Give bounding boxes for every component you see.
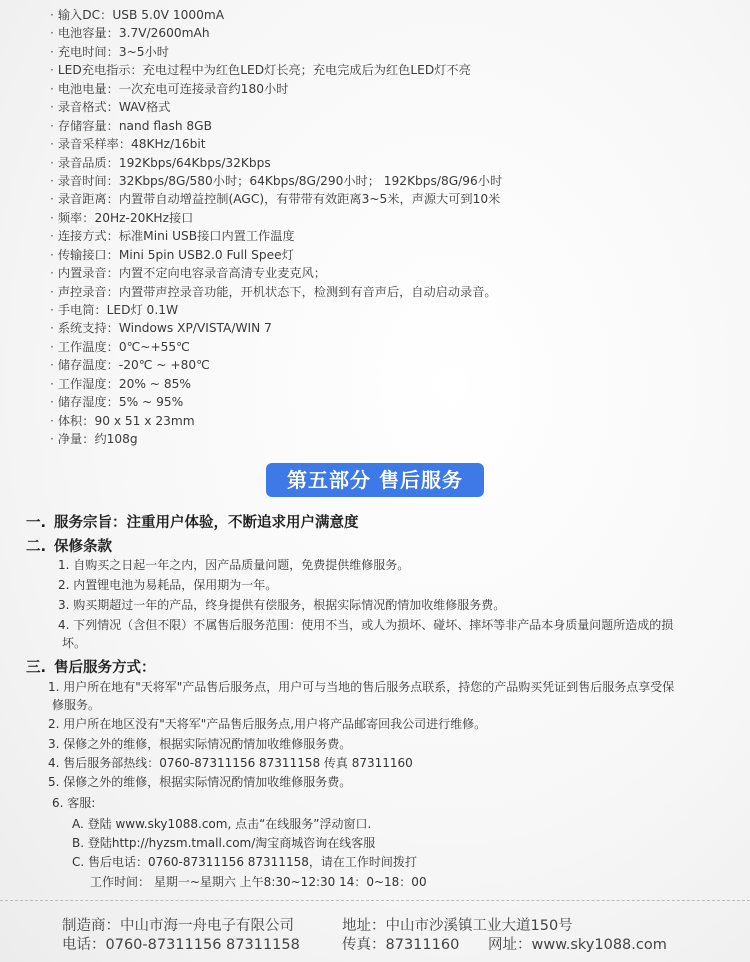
spec-value: Windows XP/VISTA/WIN 7 [119,321,272,335]
bullet-icon: · [50,156,54,170]
spec-item: ·内置录音：内置不定向电容录音高清专业麦克风； [50,264,502,282]
spec-item: ·LED充电指示：充电过程中为红色LED灯长亮；充电完成后为红色LED灯不亮 [50,61,502,79]
bullet-icon: · [50,45,54,59]
footer-line-1: 制造商：中山市海一舟电子有限公司地址：中山市沙溪镇工业大道150号 [62,914,573,935]
spec-label: 工作温度 [58,340,107,354]
spec-value: 一次充电可连接录音约180小时 [119,82,289,96]
spec-item: ·储存湿度：5% ~ 95% [50,393,502,411]
spec-label: 录音距离 [58,192,107,206]
footer-phone: 电话：0760-87311156 87311158 [62,933,342,954]
heading-number: 二. [26,539,46,555]
warranty-item: 1. 自购买之日起一年之内，因产品质量问题，免费提供维修服务。 [58,557,409,574]
spec-item: ·充电时间：3~5小时 [50,43,502,61]
bullet-icon: · [50,119,54,133]
spec-value: 90 x 51 x 23mm [94,414,194,428]
customer-service-phone: C. 售后电话：0760-87311156 87311158，请在工作时间拨打 [72,853,417,870]
heading-text: 服务宗旨：注重用户体验，不断追求用户满意度 [54,515,359,531]
spec-item: ·存储容量：nand flash 8GB [50,117,502,135]
spec-colon: ： [131,63,143,77]
spec-label: 录音时间 [58,174,107,188]
spec-colon: ： [82,432,94,446]
spec-item: ·电池容量：3.7V/2600mAh [50,24,502,42]
footer-line-2: 电话：0760-87311156 87311158传真：87311160网址：w… [62,933,667,954]
spec-colon: ： [107,26,119,40]
heading-service-tenet: 一.服务宗旨：注重用户体验，不断追求用户满意度 [26,511,359,532]
spec-value: 192Kbps/64Kbps/32Kbps [119,156,271,170]
warranty-item: 4. 下列情况（含但不限）不属售后服务范围：使用不当，或人为损坏、碰坏、摔坏等非… [58,617,673,634]
bullet-icon: · [50,303,54,317]
bullet-icon: · [50,63,54,77]
bullet-icon: · [50,340,54,354]
spec-list: ·输入DC：USB 5.0V 1000mA·电池容量：3.7V/2600mAh·… [50,6,502,449]
spec-colon: ： [107,266,119,280]
spec-colon: ： [107,119,119,133]
spec-value: nand flash 8GB [119,119,212,133]
spec-value: Mini 5pin USB2.0 Full Spee灯 [119,248,294,262]
spec-value: 内置带声控录音功能，开机状态下，检测到有音声后，自动启动录音。 [119,285,497,299]
spec-item: ·录音时间：32Kbps/8G/580小时；64Kbps/8G/290小时； 1… [50,172,502,190]
footer-fax: 传真：87311160 [342,933,488,954]
heading-warranty-terms: 二.保修条款 [26,535,112,556]
spec-label: 录音采样率 [58,137,119,151]
spec-colon: ： [94,303,106,317]
spec-value: 3.7V/2600mAh [119,26,210,40]
warranty-item: 2. 内置锂电池为易耗品，保用期为一年。 [58,577,277,594]
spec-value: 标准Mini USB接口内置工作温度 [119,229,295,243]
bullet-icon: · [50,26,54,40]
spec-item: ·电池电量：一次充电可连接录音约180小时 [50,80,502,98]
spec-colon: ： [107,285,119,299]
spec-item: ·录音品质：192Kbps/64Kbps/32Kbps [50,154,502,172]
spec-label: 存储容量 [58,119,107,133]
spec-item: ·连接方式：标准Mini USB接口内置工作温度 [50,227,502,245]
warranty-item-continued: 坏。 [62,635,86,652]
spec-value: 20Hz-20KHz接口 [94,211,193,225]
heading-number: 三. [26,660,46,676]
bullet-icon: · [50,137,54,151]
bullet-icon: · [50,377,54,391]
heading-service-methods: 三.售后服务方式： [26,656,156,677]
bullet-icon: · [50,211,54,225]
spec-colon: ： [107,248,119,262]
spec-label: 体积 [58,414,82,428]
spec-label: LED充电指示 [58,63,131,77]
bullet-icon: · [50,8,54,22]
spec-colon: ： [107,358,119,372]
spec-label: 录音格式 [58,100,107,114]
customer-service-tmall: B. 登陆http://hyzsm.tmall.com/淘宝商城咨询在线客服 [72,834,375,851]
spec-value: 48KHz/16bit [131,137,206,151]
spec-item: ·手电筒：LED灯 0.1W [50,301,502,319]
spec-item: ·工作湿度：20% ~ 85% [50,375,502,393]
spec-colon: ： [107,229,119,243]
spec-value: 充电过程中为红色LED灯长亮；充电完成后为红色LED灯不亮 [143,63,471,77]
spec-item: ·传输接口：Mini 5pin USB2.0 Full Spee灯 [50,246,502,264]
bullet-icon: · [50,192,54,206]
method-item: 2. 用户所在地区没有"天将军"产品售后服务点,用户将产品邮寄回我公司进行维修。 [48,716,486,733]
spec-label: 连接方式 [58,229,107,243]
spec-label: 声控录音 [58,285,107,299]
spec-colon: ： [107,45,119,59]
work-hours: 工作时间： 星期一~星期六 上午8:30~12:30 14：0~18：00 [90,873,427,890]
bullet-icon: · [50,285,54,299]
spec-label: 充电时间 [58,45,107,59]
method-item-customer-service: 6. 客服: [52,795,95,812]
method-item: 5. 保修之外的维修，根据实际情况酌情加收维修服务费。 [48,774,351,791]
method-item: 1. 用户所在地有"天将军"产品售后服务点，用户可与当地的售后服务点联系，持您的… [48,679,674,696]
heading-text: 保修条款 [54,539,112,555]
spec-label: 手电筒 [58,303,95,317]
spec-colon: ： [82,211,94,225]
spec-label: 系统支持 [58,321,107,335]
bullet-icon: · [50,174,54,188]
spec-value: 32Kbps/8G/580小时；64Kbps/8G/290小时； 192Kbps… [119,174,502,188]
spec-label: 电池电量 [58,82,107,96]
customer-service-website: A. 登陆 www.sky1088.com, 点击“在线服务”浮动窗口. [72,815,371,832]
spec-item: ·频率：20Hz-20KHz接口 [50,209,502,227]
bullet-icon: · [50,229,54,243]
spec-item: ·录音采样率：48KHz/16bit [50,135,502,153]
spec-label: 传输接口 [58,248,107,262]
spec-colon: ： [107,82,119,96]
spec-label: 储存温度 [58,358,107,372]
footer-address: 地址：中山市沙溪镇工业大道150号 [342,914,573,935]
spec-colon: ： [119,137,131,151]
bullet-icon: · [50,395,54,409]
spec-item: ·声控录音：内置带声控录音功能，开机状态下，检测到有音声后，自动启动录音。 [50,283,502,301]
spec-colon: ： [107,321,119,335]
spec-item: ·体积：90 x 51 x 23mm [50,412,502,430]
spec-item: ·系统支持：Windows XP/VISTA/WIN 7 [50,319,502,337]
spec-colon: ： [107,192,119,206]
spec-item: ·储存温度：-20℃ ~ +80℃ [50,356,502,374]
spec-label: 录音品质 [58,156,107,170]
spec-value: 5% ~ 95% [119,395,183,409]
spec-colon: ： [107,156,119,170]
spec-item: ·工作温度：0℃~+55℃ [50,338,502,356]
spec-colon: ： [82,414,94,428]
spec-colon: ： [100,8,112,22]
warranty-item: 3. 购买期超过一年的产品，终身提供有偿服务，根据实际情况酌情加收维修服务费。 [58,597,505,614]
spec-label: 内置录音 [58,266,107,280]
spec-value: WAV格式 [119,100,171,114]
bullet-icon: · [50,100,54,114]
spec-label: 储存湿度 [58,395,107,409]
spec-item: ·净量：约108g [50,430,502,448]
spec-label: 工作湿度 [58,377,107,391]
spec-colon: ： [107,377,119,391]
method-item-hotline: 4. 售后服务部热线：0760-87311156 87311158 传真 873… [48,755,413,772]
spec-colon: ： [107,395,119,409]
footer-website: 网址：www.sky1088.com [488,933,667,954]
spec-value: LED灯 0.1W [107,303,178,317]
spec-label: 电池容量 [58,26,107,40]
bullet-icon: · [50,414,54,428]
footer-manufacturer: 制造商：中山市海一舟电子有限公司 [62,914,342,935]
spec-colon: ： [107,340,119,354]
spec-value: 0℃~+55℃ [119,340,190,354]
spec-label: 输入DC [58,8,100,22]
spec-value: 20% ~ 85% [119,377,191,391]
spec-value: -20℃ ~ +80℃ [119,358,210,372]
method-item: 3. 保修之外的维修，根据实际情况酌情加收维修服务费。 [48,736,351,753]
spec-item: ·输入DC：USB 5.0V 1000mA [50,6,502,24]
spec-item: ·录音距离：内置带自动增益控制(AGC)，有带带有效距离3~5米，声源大可到10… [50,190,502,208]
spec-value: 约108g [94,432,137,446]
spec-value: 3~5小时 [119,45,169,59]
bullet-icon: · [50,358,54,372]
bullet-icon: · [50,82,54,96]
spec-label: 频率 [58,211,82,225]
spec-value: 内置带自动增益控制(AGC)，有带带有效距离3~5米，声源大可到10米 [119,192,501,206]
spec-label: 净量 [58,432,82,446]
section-banner-after-sales: 第五部分 售后服务 [266,463,484,497]
bullet-icon: · [50,248,54,262]
bullet-icon: · [50,321,54,335]
spec-item: ·录音格式：WAV格式 [50,98,502,116]
heading-number: 一. [26,515,46,531]
spec-value: 内置不定向电容录音高清专业麦克风； [119,266,326,280]
spec-value: USB 5.0V 1000mA [112,8,224,22]
method-item-continued: 修服务。 [52,697,100,714]
bullet-icon: · [50,266,54,280]
spec-colon: ： [107,100,119,114]
bullet-icon: · [50,432,54,446]
dashed-divider [0,900,750,901]
heading-text: 售后服务方式： [54,660,156,676]
spec-colon: ： [107,174,119,188]
